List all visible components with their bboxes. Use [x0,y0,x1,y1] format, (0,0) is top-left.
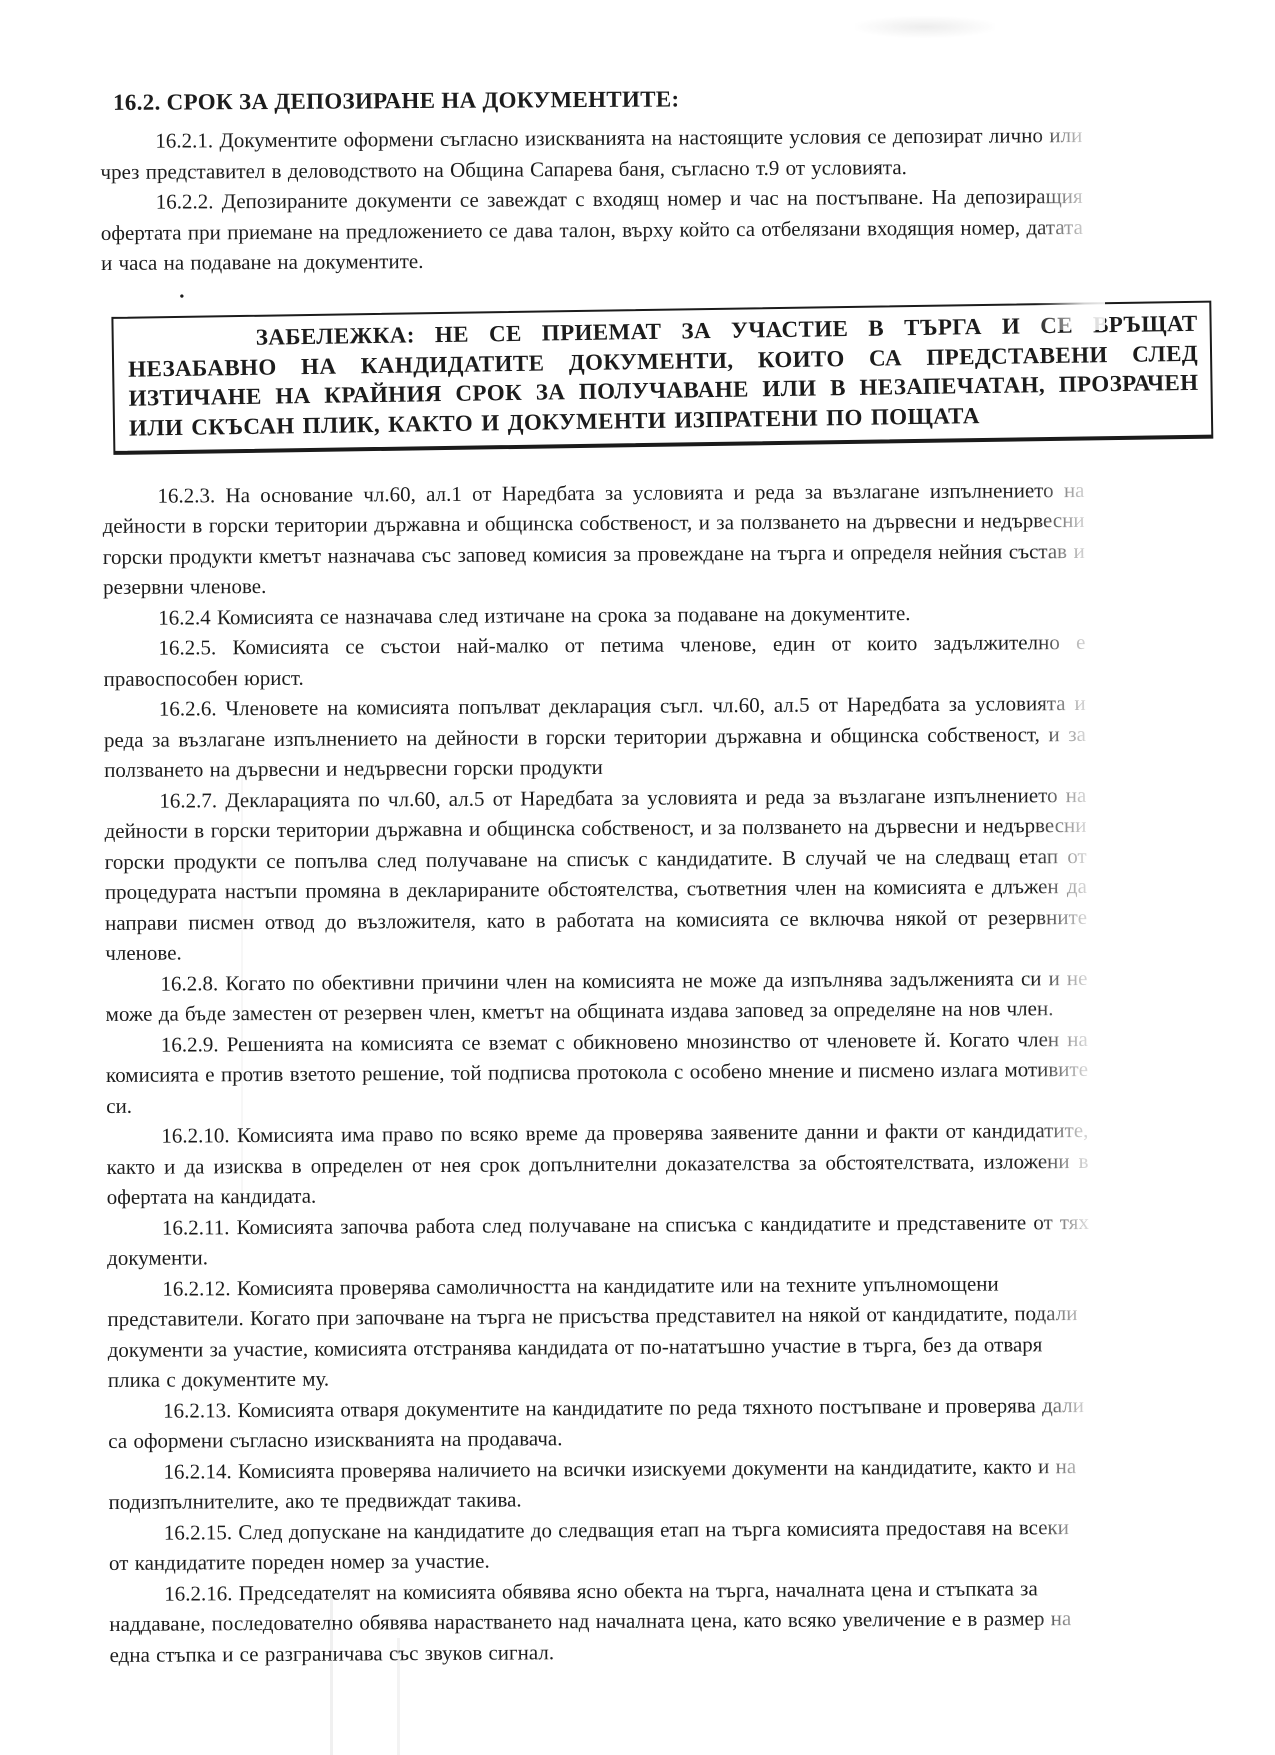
paragraph-16-2-5: 16.2.5. Комисията се състои най-малко от… [103,627,1085,694]
paragraph-16-2-2: 16.2.2. Депозираните документи се завежд… [101,181,1084,278]
paragraph-16-2-13: 16.2.13. Комисията отваря документите на… [108,1389,1090,1456]
paragraph-16-2-9: 16.2.9. Решенията на комисията се вземат… [106,1023,1089,1120]
paragraph-16-2-12: 16.2.12. Комисията проверява самоличност… [107,1267,1090,1395]
paragraph-16-2-3: 16.2.3. На основание чл.60, ал.1 от Наре… [102,474,1085,602]
note-box: ЗАБЕЛЕЖКА: НЕ СЕ ПРИЕМАТ ЗА УЧАСТИЕ В ТЪ… [111,300,1213,454]
paragraph-16-2-16: 16.2.16. Председателят на комисията обяв… [109,1572,1092,1669]
paragraph-16-2-1: 16.2.1. Документите оформени съгласно из… [100,120,1082,187]
paragraph-16-2-11: 16.2.11. Комисията започва работа след п… [107,1206,1089,1273]
paragraph-16-2-14: 16.2.14. Комисията проверява наличието н… [108,1450,1090,1517]
paragraph-16-2-7: 16.2.7. Декларацията по чл.60, ал.5 от Н… [104,779,1087,968]
paragraph-16-2-8: 16.2.8. Когато по обективни причини член… [105,962,1087,1029]
scan-smudge-artifact [855,16,995,38]
note-box-text: ЗАБЕЛЕЖКА: НЕ СЕ ПРИЕМАТ ЗА УЧАСТИЕ В ТЪ… [128,308,1200,442]
paragraph-16-2-6: 16.2.6. Членовете на комисията попълват … [104,688,1087,785]
page-content: 16.2. СРОК ЗА ДЕПОЗИРАНЕ НА ДОКУМЕНТИТЕ:… [100,84,1092,1670]
section-heading: 16.2. СРОК ЗА ДЕПОЗИРАНЕ НА ДОКУМЕНТИТЕ: [113,84,1082,116]
paragraph-16-2-10: 16.2.10. Комисията има право по всяко вр… [106,1115,1089,1212]
scanned-page: 16.2. СРОК ЗА ДЕПОЗИРАНЕ НА ДОКУМЕНТИТЕ:… [0,0,1275,1755]
paragraph-16-2-15: 16.2.15. След допускане на кандидатите д… [109,1511,1091,1578]
